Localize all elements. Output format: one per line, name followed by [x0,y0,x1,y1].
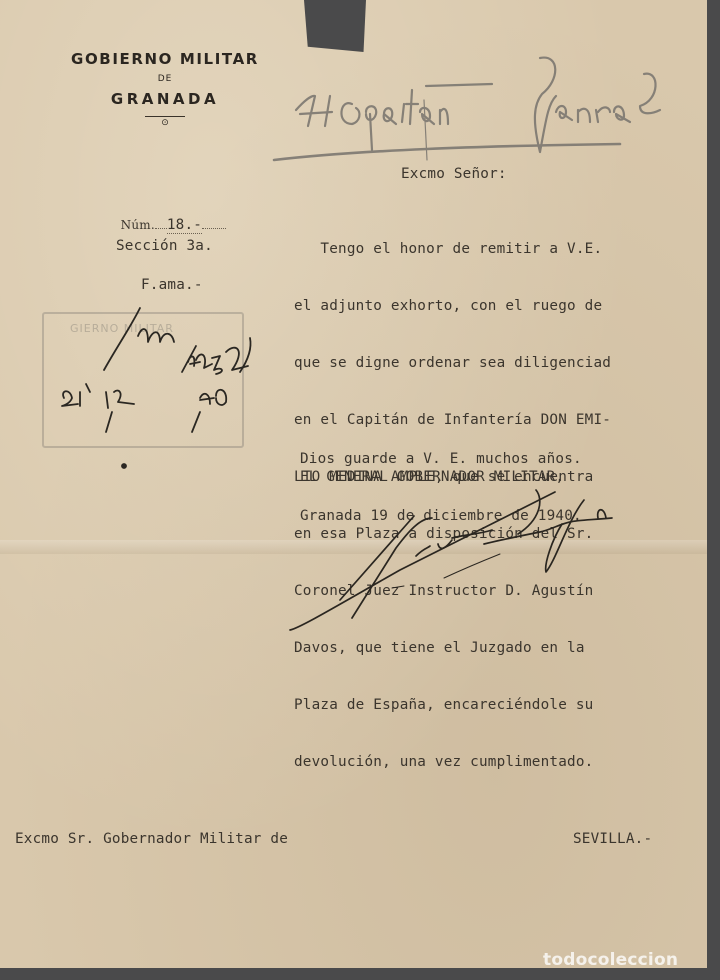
addressee-city: SEVILLA.- [573,831,652,847]
firma-label: F.ama.- [141,277,203,293]
letterhead-line3: GRANADA [40,90,290,108]
section-label: Sección 3a. [116,238,213,254]
dotted-leader [202,228,226,229]
letterhead-line1: GOBIERNO MILITAR [40,50,290,68]
stamp-text: GIERNO MILITAR [70,322,174,335]
body-line: Davos, que tiene el Juzgado en la [294,639,611,658]
body-line: Coronel Juez Instructor D. Agustín [294,582,611,601]
closing-line: Granada 19 de diciembre de 1940. [300,507,582,526]
salutation: Excmo Señor: [401,166,507,182]
watermark-text: todocoleccion [543,950,678,970]
signatory-title: EL GENERAL GOBERNADOR MILITAR, [300,469,564,485]
addressee-line: Excmo Sr. Gobernador Militar de [15,831,288,847]
seal-icon: ⊙ [40,118,290,128]
num-label: Núm. [121,218,155,232]
letterhead: GOBIERNO MILITAR DE GRANADA ⊙ [40,50,290,128]
closing-line: Dios guarde a V. E. muchos años. [300,450,582,469]
torn-tab [304,0,366,52]
dotted-leader [155,228,167,229]
reference-number: Núm.18.- [103,201,226,234]
num-value: 18.- [167,217,202,234]
body-line: Plaza de España, encareciéndole su [294,696,611,715]
body-line: Tengo el honor de remitir a V.E. [294,240,611,259]
body-line: devolución, una vez cumplimentado. [294,753,611,772]
letterhead-rule [145,116,185,117]
body-line: el adjunto exhorto, con el ruego de [294,297,611,316]
body-line: que se digne ordenar sea diligenciad [294,354,611,373]
letterhead-line2: DE [40,74,290,84]
